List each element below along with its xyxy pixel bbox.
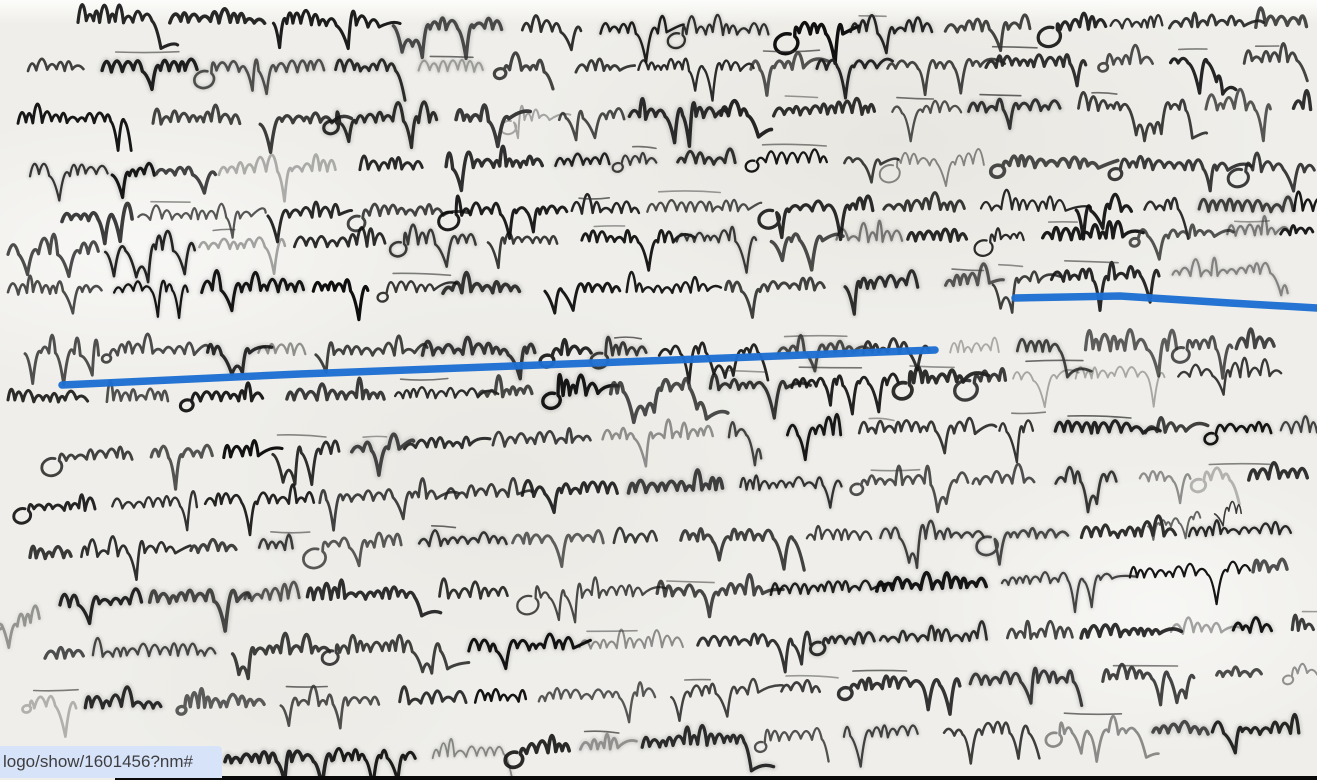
scan-bottom-border	[115, 776, 1317, 780]
browser-page-viewport: logo/show/1601456?nm#	[0, 0, 1317, 780]
status-bar-url-tooltip: logo/show/1601456?nm#	[0, 746, 222, 778]
manuscript-scan-canvas[interactable]	[0, 0, 1317, 780]
manuscript-ink-strokes	[0, 5, 1317, 780]
ink-underline-right	[1015, 296, 1317, 308]
status-url-text: logo/show/1601456?nm#	[3, 752, 193, 772]
